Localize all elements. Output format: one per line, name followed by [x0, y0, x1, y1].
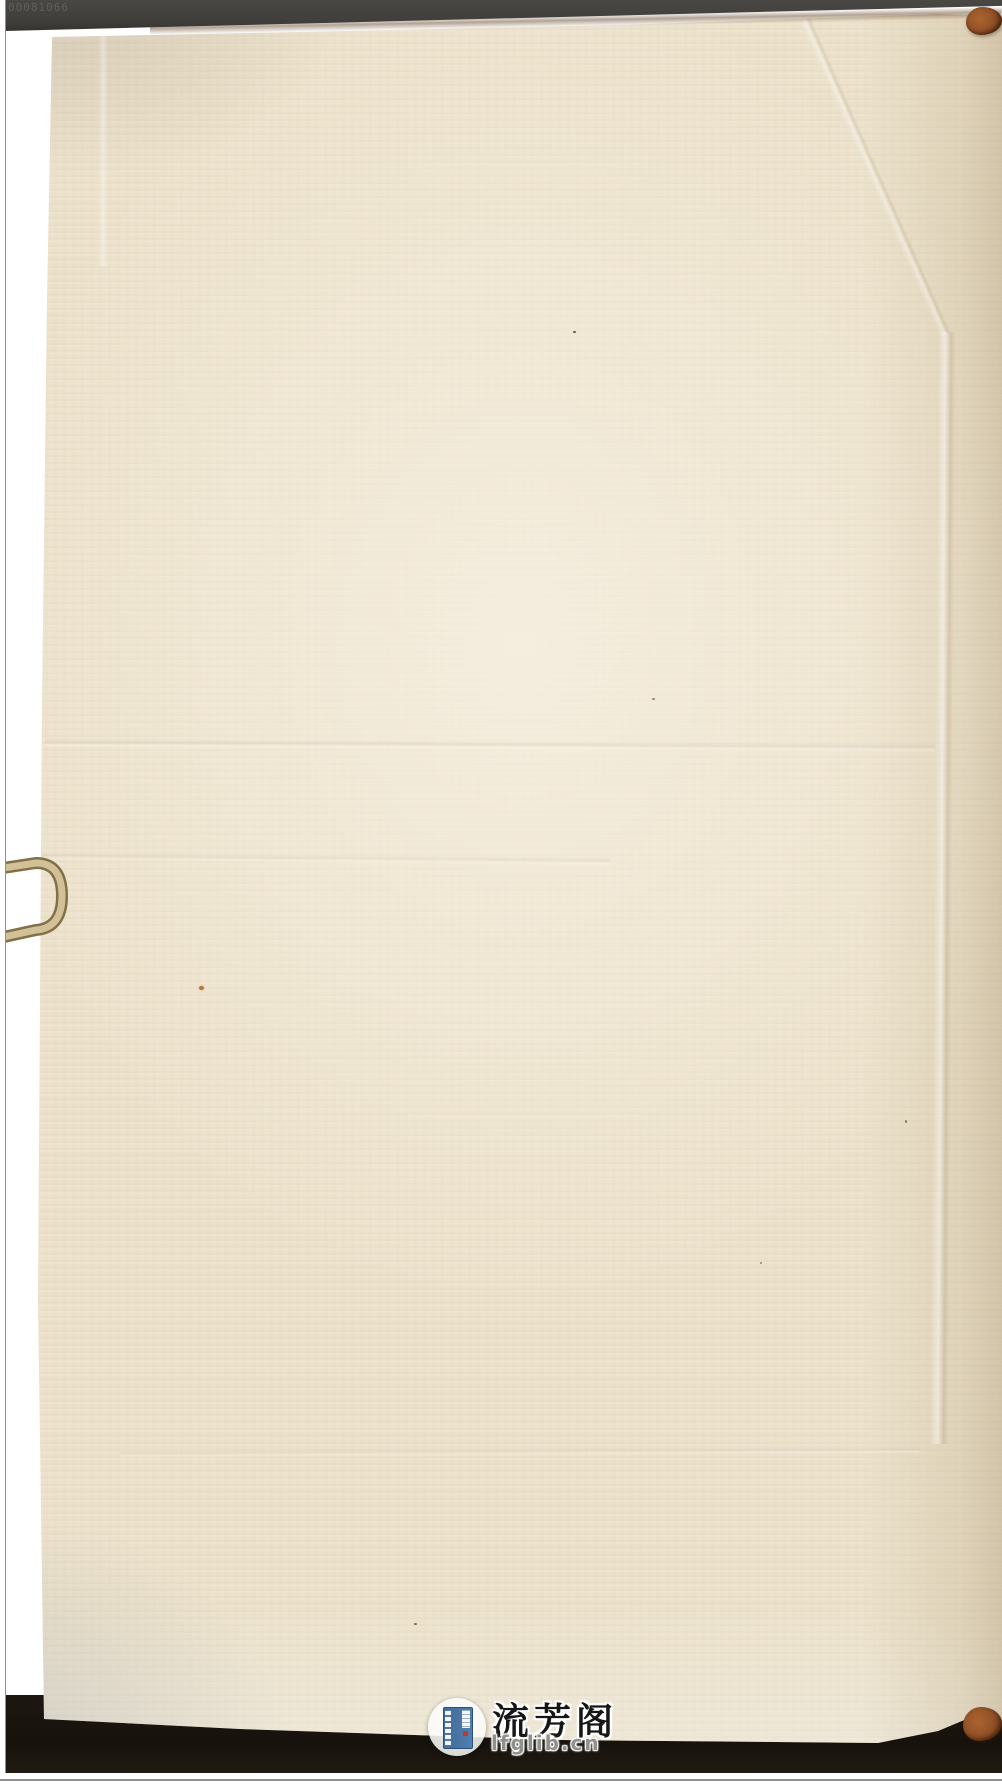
- library-watermark: 流芳阁 lfglib.cn: [428, 1697, 598, 1763]
- thread-bound-book-icon: [443, 1707, 473, 1749]
- binder-clip: [0, 846, 82, 950]
- paper-crease: [120, 1446, 920, 1458]
- book-scan-viewport: 00081066 流芳阁 lfglib.cn: [0, 0, 1002, 1786]
- paper-speck: [760, 1262, 762, 1264]
- book-spine-stitching: [445, 1709, 451, 1747]
- page-fold-line: [930, 332, 956, 1444]
- paper-speck: [414, 1623, 417, 1625]
- book-seal: [463, 1731, 468, 1736]
- paper-speck: [905, 1120, 907, 1123]
- book-title-label: [462, 1710, 470, 1728]
- page-fold-line: [800, 17, 951, 337]
- watermark-site-url: lfglib.cn: [491, 1731, 601, 1755]
- scan-id-label: 00081066: [8, 1, 69, 14]
- blank-page: [0, 0, 1002, 1786]
- paper-speck: [199, 986, 204, 990]
- page-fold-line: [98, 36, 108, 266]
- watermark-badge: [428, 1698, 486, 1756]
- scan-margin-bottom: [0, 1773, 1002, 1786]
- paper-speck: [573, 331, 576, 333]
- paper-speck: [652, 698, 655, 700]
- paper-crease: [40, 853, 610, 866]
- paper-crease: [45, 739, 935, 753]
- scan-margin-left: [0, 0, 6, 1786]
- scan-margin-line: [0, 1779, 1002, 1781]
